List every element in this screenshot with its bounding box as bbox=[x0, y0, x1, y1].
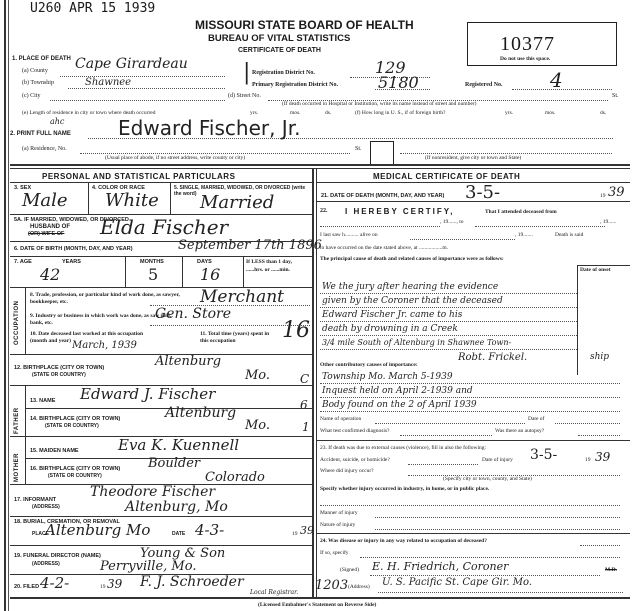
primary-reg-label: Primary Registration District No. bbox=[252, 82, 338, 88]
if-so-label: If so, specify bbox=[320, 550, 349, 556]
diagnosis-label: What test confirmed diagnosis? bbox=[320, 428, 390, 434]
dod-value[interactable]: 3-5- bbox=[465, 182, 500, 203]
death-said-label: Death is said bbox=[555, 232, 583, 238]
autopsy-label: Was there an autopsy? bbox=[495, 428, 544, 434]
burial-date[interactable]: 4-3- bbox=[195, 521, 224, 539]
injury-year-prefix: 19 bbox=[585, 457, 591, 463]
manner-label: Manner of injury bbox=[320, 510, 358, 516]
street-note: (If death occurred in Hospital or Instit… bbox=[282, 101, 476, 107]
marginal-number: 1203 bbox=[315, 578, 348, 593]
mother-birthplace-sub: (STATE OR COUNTRY) bbox=[48, 473, 102, 479]
birthplace-sub-label: (STATE OR COUNTRY) bbox=[32, 372, 86, 378]
burial-year-prefix: 19 bbox=[292, 531, 298, 537]
marital-value[interactable]: Married bbox=[200, 192, 274, 213]
street-label: (d) Street No. bbox=[228, 93, 261, 99]
place-of-death-label: 1. PLACE OF DEATH bbox=[12, 56, 71, 62]
other-cause-3[interactable]: Body found on the 2 of April 1939 bbox=[322, 400, 477, 410]
specify-place-label: Specify whether injury occurred in indus… bbox=[320, 486, 489, 492]
op-date-label: Date of bbox=[528, 416, 544, 422]
nonresident-note: (If nonresident, give city or town and S… bbox=[425, 155, 521, 161]
funeral-director-address[interactable]: Perryville, Mo. bbox=[100, 559, 196, 574]
township-label: (b) Township bbox=[22, 80, 54, 86]
informant-address-label: (ADDRESS) bbox=[32, 504, 60, 510]
industry-value[interactable]: Gen. Store bbox=[155, 306, 231, 322]
city-label: (c) City bbox=[22, 93, 41, 99]
address-value[interactable]: U. S. Pacific St. Cape Gir. Mo. bbox=[382, 577, 532, 588]
certify-num: 22. bbox=[320, 208, 328, 214]
cause-line-4[interactable]: death by drowning in a Creek bbox=[322, 324, 458, 334]
footer-note: (Licensed Embalmer's Statement on Revers… bbox=[258, 602, 376, 608]
received-stamp: U260 APR 15 1939 bbox=[30, 1, 155, 16]
father-side-label: FATHER bbox=[14, 407, 20, 434]
registered-label: Registered No. bbox=[465, 82, 503, 88]
cause-line-2[interactable]: given by the Coroner that the deceased bbox=[322, 296, 503, 306]
md-label: M.D. bbox=[605, 567, 617, 573]
ds-label-2: ds. bbox=[600, 110, 606, 116]
age-months[interactable]: 5 bbox=[148, 265, 158, 284]
occupation-related-label: 24. Was disease or injury in any way rel… bbox=[320, 538, 487, 544]
residence-note: (Usual place of abode, if no street addr… bbox=[105, 155, 245, 161]
onset-label: Date of onset bbox=[580, 267, 611, 273]
registrar-signature[interactable]: F. J. Schroeder bbox=[140, 574, 244, 590]
left-border bbox=[4, 0, 6, 611]
burial-place[interactable]: Altenburg Mo bbox=[45, 521, 150, 539]
dod-label: 21. DATE OF DEATH (MONTH, DAY, AND YEAR) bbox=[321, 193, 444, 199]
dod-year-prefix: 19 bbox=[600, 193, 606, 199]
principal-cause-label: The principal cause of death and related… bbox=[320, 256, 504, 262]
form-subtitle: BUREAU OF VITAL STATISTICS bbox=[208, 33, 350, 44]
medical-section-title: MEDICAL CERTIFICATE OF DEATH bbox=[373, 172, 520, 181]
mother-birthplace-city[interactable]: Boulder bbox=[148, 456, 200, 471]
injury-date[interactable]: 3-5- bbox=[530, 447, 557, 463]
mother-birthplace-label: 16. BIRTHPLACE (CITY OR TOWN) bbox=[30, 466, 120, 472]
personal-section-title: PERSONAL AND STATISTICAL PARTICULARS bbox=[42, 172, 235, 181]
mother-maiden-value[interactable]: Eva K. Kuennell bbox=[118, 436, 239, 454]
mother-side-label: MOTHER bbox=[14, 453, 20, 482]
race-value[interactable]: White bbox=[105, 190, 159, 211]
burial-date-label: DATE bbox=[172, 531, 185, 537]
funeral-director-label: 19. FUNERAL DIRECTOR (NAME) bbox=[14, 553, 101, 559]
line-19-a: , 19......, to bbox=[440, 219, 464, 225]
residence-suffix: St. bbox=[355, 146, 362, 152]
registered-value[interactable]: 4 bbox=[550, 68, 563, 92]
injury-date-label: Date of injury bbox=[482, 457, 513, 463]
certify-text: That I attended deceased from bbox=[485, 209, 557, 215]
do-not-use-label: Do not use this space. bbox=[500, 56, 550, 62]
full-name-label: 2. PRINT FULL NAME bbox=[10, 131, 71, 137]
burial-year[interactable]: 39 bbox=[300, 524, 314, 537]
nature-label: Nature of injury bbox=[320, 522, 355, 528]
age-label: 7. AGE bbox=[14, 259, 32, 265]
registrar-label: Local Registrar. bbox=[250, 589, 298, 596]
address-label: (Address) bbox=[348, 584, 370, 590]
trade-label: 8. Trade, profession, or particular kind… bbox=[30, 292, 180, 306]
cause-line-5[interactable]: 3/4 mile South of Altenburg in Shawnee T… bbox=[322, 338, 511, 347]
where-injury-label: Where did injury occur? bbox=[320, 468, 374, 474]
funeral-address-label: (ADDRESS) bbox=[32, 561, 60, 567]
cause-signature: Robt. Frickel. bbox=[458, 352, 527, 363]
yrs-label-2: yrs. bbox=[505, 110, 513, 116]
occupation-side-label: OCCUPATION bbox=[14, 301, 20, 345]
total-time-label: 11. Total time (years) spent in this occ… bbox=[200, 331, 278, 345]
reg-district-label: Registration District No. bbox=[252, 70, 315, 76]
county-label: (a) County bbox=[22, 68, 48, 74]
external-causes-label: 23. If death was due to external causes … bbox=[320, 445, 486, 451]
informant-name[interactable]: Theodore Fischer bbox=[90, 484, 215, 500]
birthplace-label: 12. BIRTHPLACE (CITY OR TOWN) bbox=[14, 365, 104, 371]
form-title: MISSOURI STATE BOARD OF HEALTH bbox=[195, 18, 414, 32]
county-mark: | bbox=[243, 60, 250, 85]
injury-year[interactable]: 39 bbox=[595, 450, 610, 464]
where-injury-note: (Specify city or town, county, and State… bbox=[443, 476, 532, 482]
sex-value[interactable]: Male bbox=[22, 190, 68, 211]
father-birthplace-sub: (STATE OR COUNTRY) bbox=[45, 423, 99, 429]
less-than-label: If LESS than 1 day, ......hrs. or ......… bbox=[246, 258, 310, 274]
cause-line-1[interactable]: We the jury after hearing the evidence bbox=[322, 282, 498, 292]
filed-date[interactable]: 4-2- bbox=[40, 574, 69, 592]
cause-line-3[interactable]: Edward Fischer Jr. came to his bbox=[322, 310, 462, 320]
years-label: YEARS bbox=[62, 259, 81, 265]
last-worked-value[interactable]: March, 1939 bbox=[72, 340, 137, 351]
mos-label-2: mos. bbox=[545, 110, 556, 116]
line-19-b: , 19...... bbox=[600, 219, 617, 225]
primary-reg-value[interactable]: 5180 bbox=[378, 73, 419, 92]
ds-label: ds. bbox=[325, 110, 331, 116]
filed-year-prefix: 19 bbox=[100, 584, 106, 590]
other-causes-label: Other contributory causes of importance: bbox=[320, 362, 418, 368]
mother-birthplace-state[interactable]: Colorado bbox=[205, 470, 265, 485]
residence-checkbox[interactable] bbox=[370, 141, 394, 165]
last-saw-19: , 19....... bbox=[515, 232, 533, 238]
age-years[interactable]: 42 bbox=[40, 265, 60, 284]
last-saw-label: I last saw h.......... alive on bbox=[320, 232, 378, 238]
mother-maiden-label: 15. MAIDEN NAME bbox=[30, 448, 79, 454]
accident-label: Accident, suicide, or homicide? bbox=[320, 457, 390, 463]
name-marginal: ahc bbox=[50, 117, 64, 126]
full-name-value[interactable]: Edward Fischer, Jr. bbox=[118, 116, 300, 140]
father-birthplace-state[interactable]: Mo. bbox=[245, 418, 270, 433]
left-border-inner bbox=[8, 0, 9, 611]
township-value[interactable]: Shawnee bbox=[85, 77, 131, 88]
dob-label: 6. DATE OF BIRTH (MONTH, DAY, AND YEAR) bbox=[14, 246, 133, 252]
age-days[interactable]: 16 bbox=[200, 265, 220, 284]
wife-of-label: (OR) WIFE OF bbox=[28, 231, 64, 237]
certify-label: I HEREBY CERTIFY, bbox=[345, 207, 454, 216]
street-suffix: St. bbox=[612, 93, 619, 99]
occurred-label: to have occurred on the date stated abov… bbox=[320, 245, 448, 251]
informant-address[interactable]: Altenburg, Mo bbox=[125, 499, 228, 515]
onset-value: ship bbox=[590, 352, 609, 362]
informant-label: 17. INFORMANT bbox=[14, 497, 56, 503]
margin-code-3: 1 bbox=[302, 420, 310, 434]
dob-value[interactable]: September 17th 1896 bbox=[178, 238, 322, 253]
other-cause-2[interactable]: Inquest held on April 2-1939 and bbox=[322, 386, 473, 396]
spouse-value[interactable]: Elda Fischer bbox=[100, 215, 228, 239]
husband-of-label: HUSBAND OF bbox=[30, 224, 70, 230]
dod-year[interactable]: 39 bbox=[608, 185, 625, 200]
father-birthplace-label: 14. BIRTHPLACE (CITY OR TOWN) bbox=[30, 416, 120, 422]
other-cause-1[interactable]: Township Mo. March 5-1939 bbox=[322, 372, 453, 382]
cert-number: 10377 bbox=[500, 33, 555, 56]
signed-label: (Signed) bbox=[340, 567, 359, 573]
father-name-value[interactable]: Edward J. Fischer bbox=[80, 385, 215, 403]
trade-value[interactable]: Merchant bbox=[200, 287, 284, 307]
residence-label: (a) Residence, No. bbox=[22, 146, 67, 152]
father-name-label: 13. NAME bbox=[30, 398, 55, 404]
operation-label: Name of operation bbox=[320, 416, 361, 422]
signed-value[interactable]: E. H. Friedrich, Coroner bbox=[372, 560, 508, 573]
county-value[interactable]: Cape Girardeau bbox=[75, 56, 188, 72]
margin-code-2: 6 bbox=[300, 398, 308, 412]
form-type: CERTIFICATE OF DEATH bbox=[238, 47, 321, 54]
margin-code-1: C bbox=[300, 372, 309, 386]
father-birthplace-city[interactable]: Altenburg bbox=[165, 405, 236, 421]
foreign-label: (f) How long in U. S., if of foreign bir… bbox=[355, 110, 445, 116]
filed-year[interactable]: 39 bbox=[107, 577, 122, 591]
birthplace-state[interactable]: Mo. bbox=[245, 368, 270, 383]
filed-label: 20. FILED bbox=[14, 584, 39, 590]
death-certificate: U260 APR 15 1939 MISSOURI STATE BOARD OF… bbox=[0, 0, 632, 611]
total-time-value[interactable]: 16 bbox=[282, 318, 310, 343]
birthplace-city[interactable]: Altenburg bbox=[155, 354, 221, 369]
